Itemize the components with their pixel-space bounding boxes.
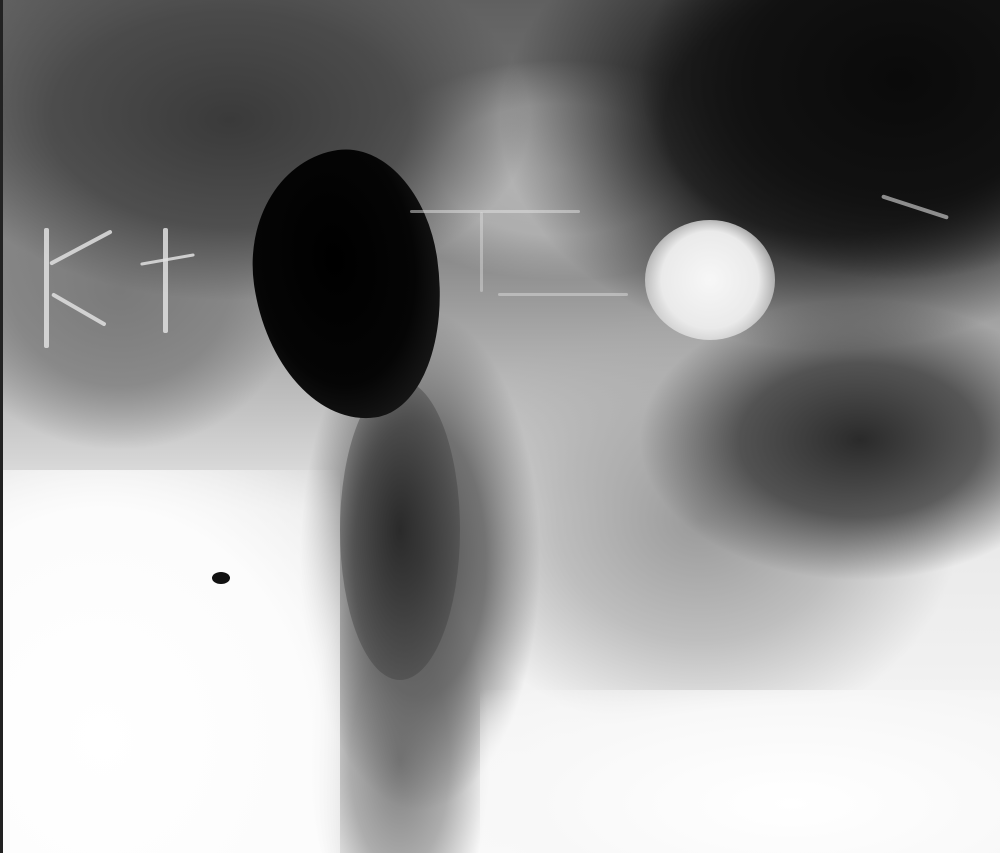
carved-line-box-bottom [498,293,628,296]
carved-mark-i-vertical [163,228,168,333]
frame-edge [0,0,3,853]
bright-foreground-left [0,470,340,853]
carved-mark-k-vertical [44,228,49,348]
rock-photograph: High-contrast black-and-white photograph… [0,0,1000,853]
bright-rock-patch [645,220,775,340]
shadow-trail [340,380,460,680]
dark-spot [212,572,230,584]
bright-foreground-right [480,690,1000,853]
carved-line-box-left [480,212,483,292]
carved-line-top [410,210,580,213]
